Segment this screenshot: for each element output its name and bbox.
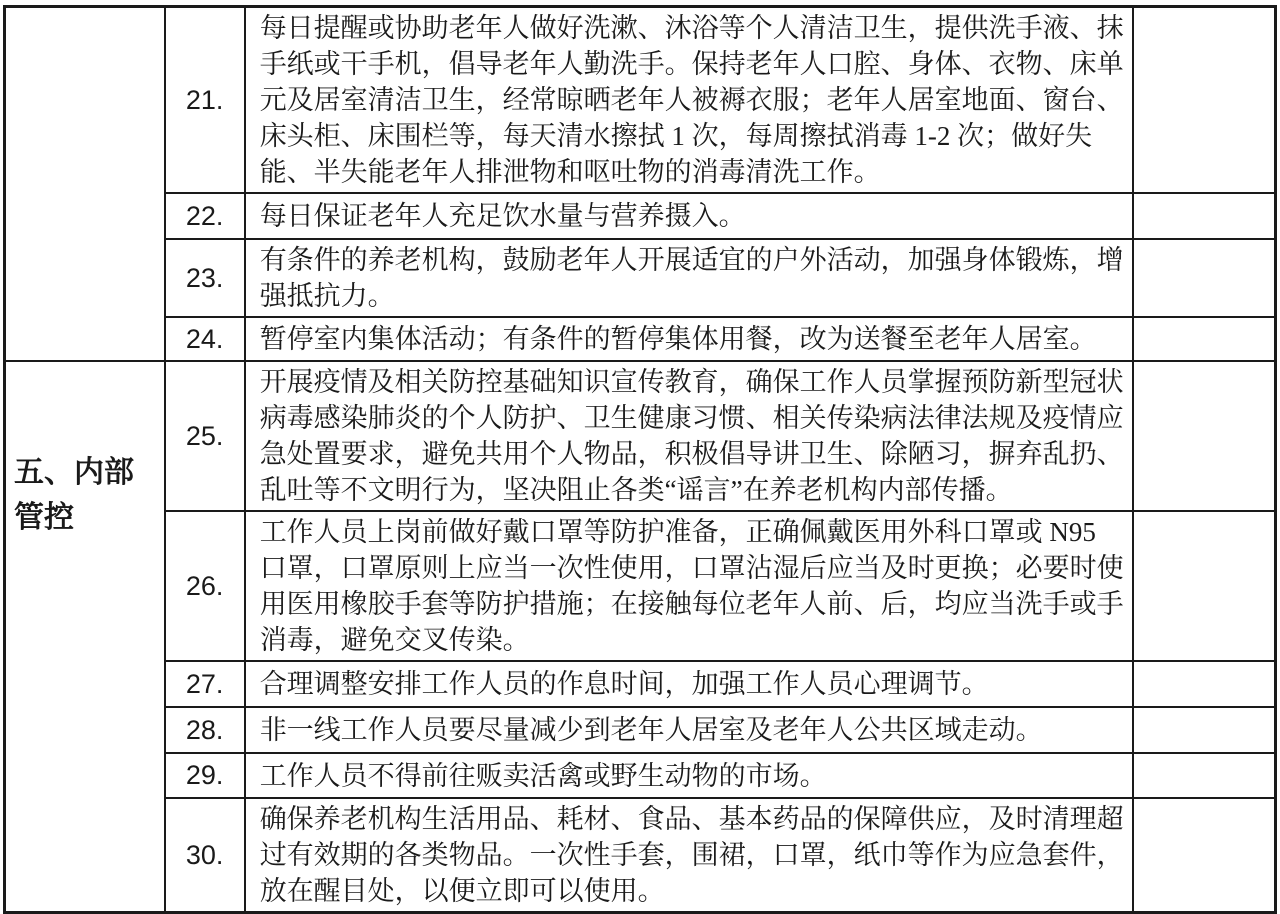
item-number: 27. <box>165 661 245 707</box>
item-number: 24. <box>165 317 245 361</box>
table-row: 26. 工作人员上岗前做好戴口罩等防护准备，正确佩戴医用外科口罩或 N95 口罩… <box>5 511 1276 661</box>
item-number: 26. <box>165 511 245 661</box>
item-text: 非一线工作人员要尽量减少到老年人居室及老年人公共区域走动。 <box>245 707 1134 753</box>
table-row: 五、内部管控 25. 开展疫情及相关防控基础知识宣传教育，确保工作人员掌握预防新… <box>5 361 1276 511</box>
check-cell <box>1133 511 1275 661</box>
checklist-table: 21. 每日提醒或协助老年人做好洗漱、沐浴等个人清洁卫生，提供洗手液、抹手纸或干… <box>3 5 1277 914</box>
check-cell <box>1133 707 1275 753</box>
check-cell <box>1133 361 1275 511</box>
item-text: 每日保证老年人充足饮水量与营养摄入。 <box>245 193 1134 239</box>
item-text: 有条件的养老机构，鼓励老年人开展适宜的户外活动，加强身体锻炼，增强抵抗力。 <box>245 239 1134 317</box>
item-text: 合理调整安排工作人员的作息时间，加强工作人员心理调节。 <box>245 661 1134 707</box>
check-cell <box>1133 753 1275 798</box>
item-number: 23. <box>165 239 245 317</box>
table-row: 28. 非一线工作人员要尽量减少到老年人居室及老年人公共区域走动。 <box>5 707 1276 753</box>
table-row: 30. 确保养老机构生活用品、耗材、食品、基本药品的保障供应，及时清理超过有效期… <box>5 798 1276 913</box>
table-row: 23. 有条件的养老机构，鼓励老年人开展适宜的户外活动，加强身体锻炼，增强抵抗力… <box>5 239 1276 317</box>
item-text: 工作人员上岗前做好戴口罩等防护准备，正确佩戴医用外科口罩或 N95 口罩，口罩原… <box>245 511 1134 661</box>
table-row: 27. 合理调整安排工作人员的作息时间，加强工作人员心理调节。 <box>5 661 1276 707</box>
check-cell <box>1133 7 1275 194</box>
item-text: 暂停室内集体活动；有条件的暂停集体用餐，改为送餐至老年人居室。 <box>245 317 1134 361</box>
item-number: 30. <box>165 798 245 913</box>
item-text: 确保养老机构生活用品、耗材、食品、基本药品的保障供应，及时清理超过有效期的各类物… <box>245 798 1134 913</box>
item-text: 开展疫情及相关防控基础知识宣传教育，确保工作人员掌握预防新型冠状病毒感染肺炎的个… <box>245 361 1134 511</box>
item-number: 22. <box>165 193 245 239</box>
item-number: 29. <box>165 753 245 798</box>
table-row: 24. 暂停室内集体活动；有条件的暂停集体用餐，改为送餐至老年人居室。 <box>5 317 1276 361</box>
table-row: 22. 每日保证老年人充足饮水量与营养摄入。 <box>5 193 1276 239</box>
category-cell: 五、内部管控 <box>5 361 165 913</box>
table-row: 21. 每日提醒或协助老年人做好洗漱、沐浴等个人清洁卫生，提供洗手液、抹手纸或干… <box>5 7 1276 194</box>
category-cell <box>5 7 165 362</box>
check-cell <box>1133 661 1275 707</box>
check-cell <box>1133 317 1275 361</box>
item-number: 28. <box>165 707 245 753</box>
check-cell <box>1133 239 1275 317</box>
check-cell <box>1133 798 1275 913</box>
item-text: 工作人员不得前往贩卖活禽或野生动物的市场。 <box>245 753 1134 798</box>
table-row: 29. 工作人员不得前往贩卖活禽或野生动物的市场。 <box>5 753 1276 798</box>
item-number: 21. <box>165 7 245 194</box>
item-text: 每日提醒或协助老年人做好洗漱、沐浴等个人清洁卫生，提供洗手液、抹手纸或干手机，倡… <box>245 7 1134 194</box>
check-cell <box>1133 193 1275 239</box>
item-number: 25. <box>165 361 245 511</box>
